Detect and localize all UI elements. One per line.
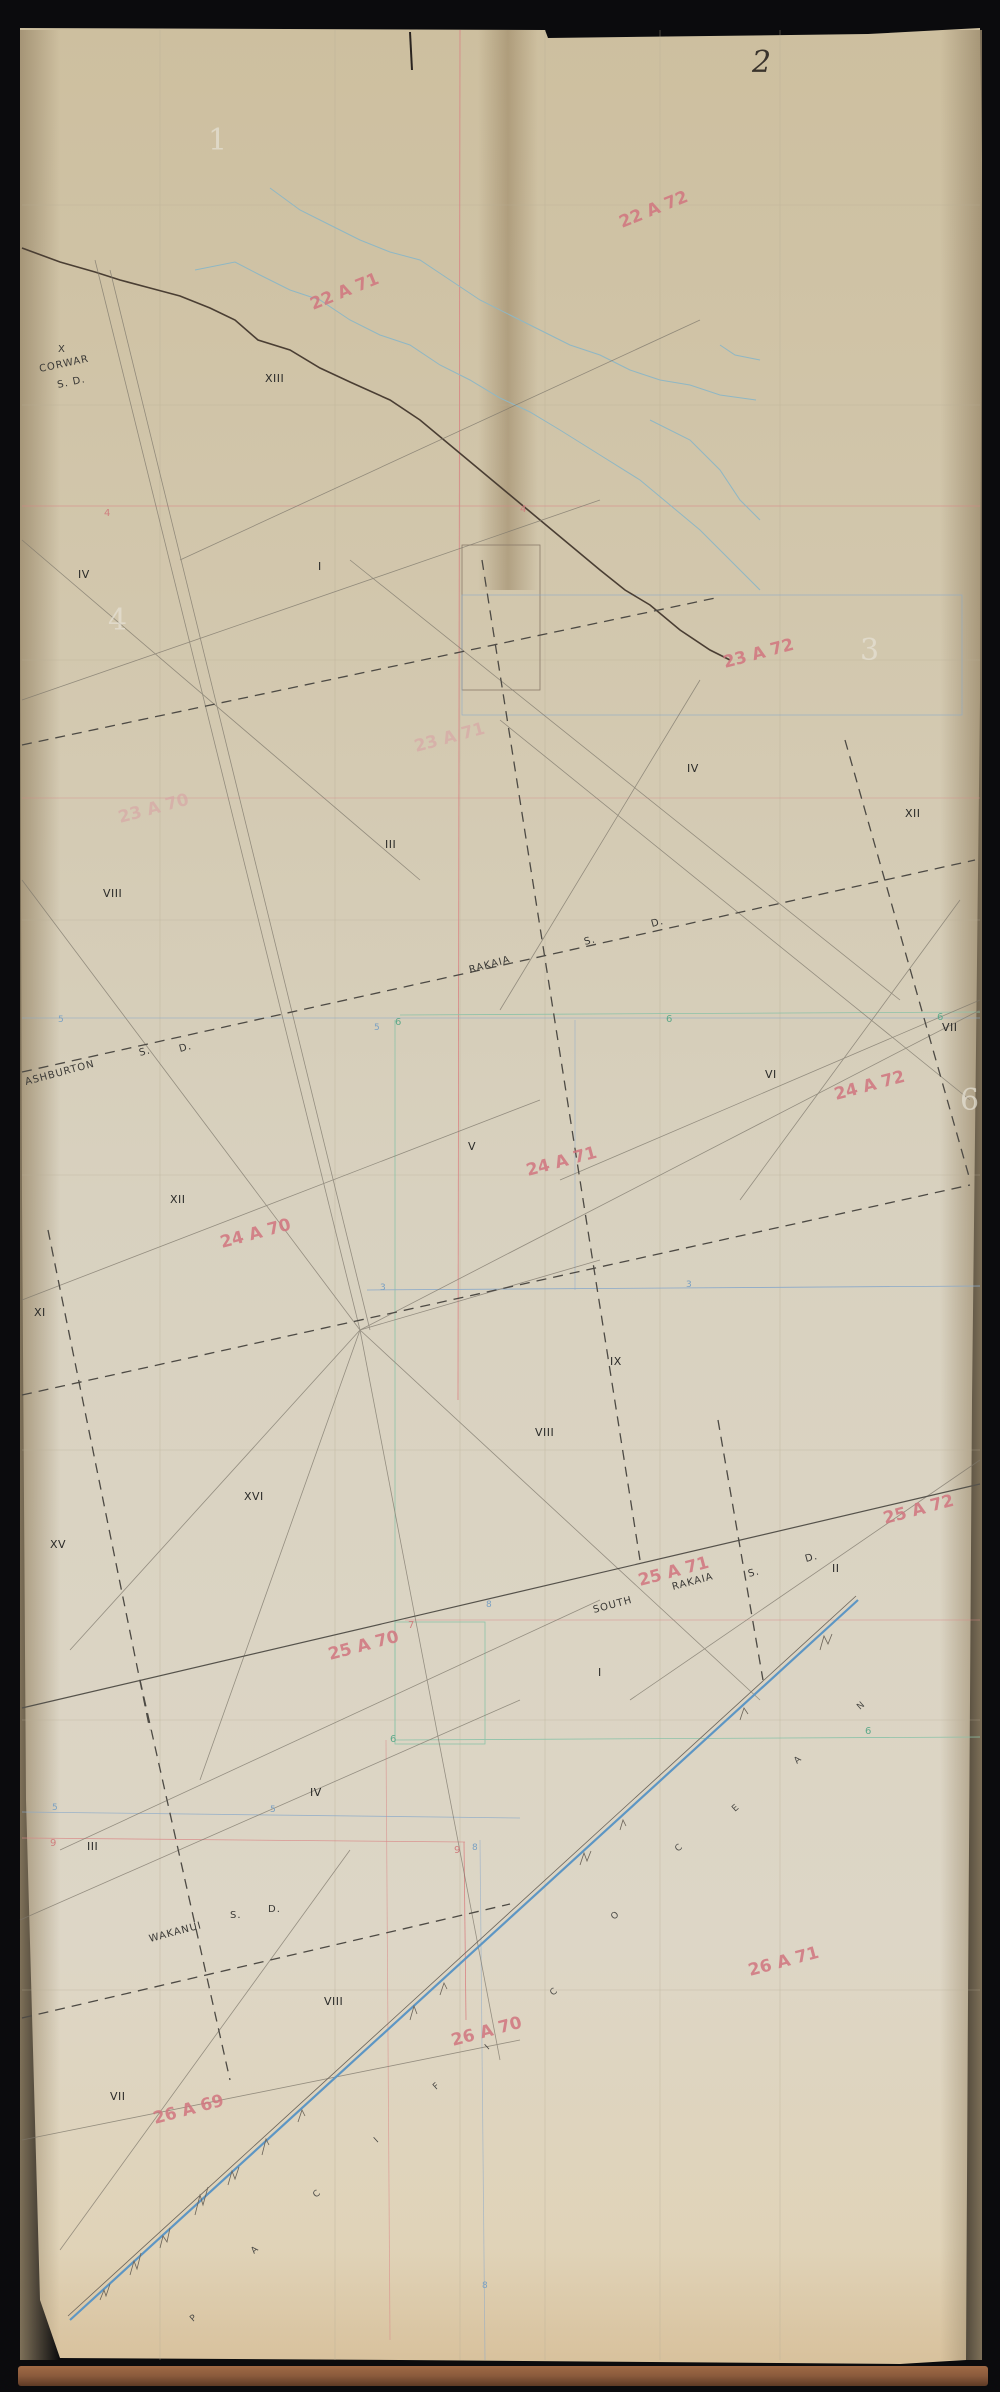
section-number: III: [385, 838, 396, 851]
sheet-number: 3: [860, 633, 879, 668]
grid-tick-number: 8: [486, 1600, 492, 1610]
district-label-wakanui-s: S.: [230, 1910, 242, 1921]
grid-tick-number: 6: [390, 1734, 396, 1745]
grid-tick-number: 6: [666, 1014, 672, 1025]
section-number: XIII: [265, 372, 284, 385]
grid-tick-number: 6: [937, 1012, 943, 1023]
section-number: VI: [765, 1068, 777, 1081]
section-number: IX: [610, 1355, 622, 1368]
section-number: IV: [310, 1786, 322, 1799]
section-number: I: [318, 560, 322, 573]
grid-tick-number: 4: [104, 508, 110, 519]
grid-tick-number: 5: [374, 1023, 380, 1033]
section-number: XVI: [244, 1490, 264, 1503]
grid-tick-number: 4: [520, 504, 526, 515]
section-number: II: [832, 1562, 840, 1575]
sheet-number: 4: [108, 603, 127, 638]
sheet-number: 1: [208, 123, 227, 158]
section-number: XII: [170, 1193, 186, 1206]
scanned-survey-map: 21346 XCORWARS. D.ASHBURTONS.D.RAKAIAS.D…: [0, 0, 1000, 2392]
grid-tick-number: 3: [380, 1283, 386, 1293]
section-number: VII: [110, 2090, 126, 2103]
paper-edge-shadow-left: [20, 30, 60, 2360]
grid-tick-number: 8: [482, 2281, 488, 2291]
sheet-number: 6: [960, 1083, 979, 1118]
section-number: IV: [687, 762, 699, 775]
grid-tick-number: 3: [686, 1280, 692, 1290]
grid-tick-number: 5: [270, 1805, 276, 1815]
section-number: V: [468, 1140, 476, 1153]
grid-tick-number: 8: [472, 1843, 478, 1853]
section-number: III: [87, 1840, 98, 1853]
section-number: XII: [905, 807, 921, 820]
section-number: VIII: [324, 1995, 343, 2008]
grid-tick-number: 5: [58, 1015, 64, 1025]
section-number: XI: [34, 1306, 46, 1319]
section-number: VII: [942, 1021, 958, 1034]
paper-edge-shadow-right: [940, 30, 982, 2360]
grid-tick-number: 6: [395, 1017, 401, 1028]
map-canvas: 21346 XCORWARS. D.ASHBURTONS.D.RAKAIAS.D…: [0, 0, 1000, 2392]
grid-tick-number: 5: [52, 1803, 58, 1813]
grid-tick-number: 7: [408, 1620, 414, 1631]
grid-tick-number: 6: [865, 1726, 871, 1737]
district-label-wakanui-d: D.: [268, 1904, 281, 1915]
grid-tick-number: 9: [50, 1838, 56, 1849]
grid-tick-number: 9: [454, 1845, 460, 1856]
sheet-number: 2: [751, 45, 771, 80]
wooden-roller: [18, 2366, 988, 2386]
section-number: VIII: [535, 1426, 554, 1439]
section-number: I: [598, 1666, 602, 1679]
district-label-corwar-x: X: [58, 344, 66, 355]
section-number: XV: [50, 1538, 66, 1551]
section-number: VIII: [103, 887, 122, 900]
section-number: IV: [78, 568, 90, 581]
